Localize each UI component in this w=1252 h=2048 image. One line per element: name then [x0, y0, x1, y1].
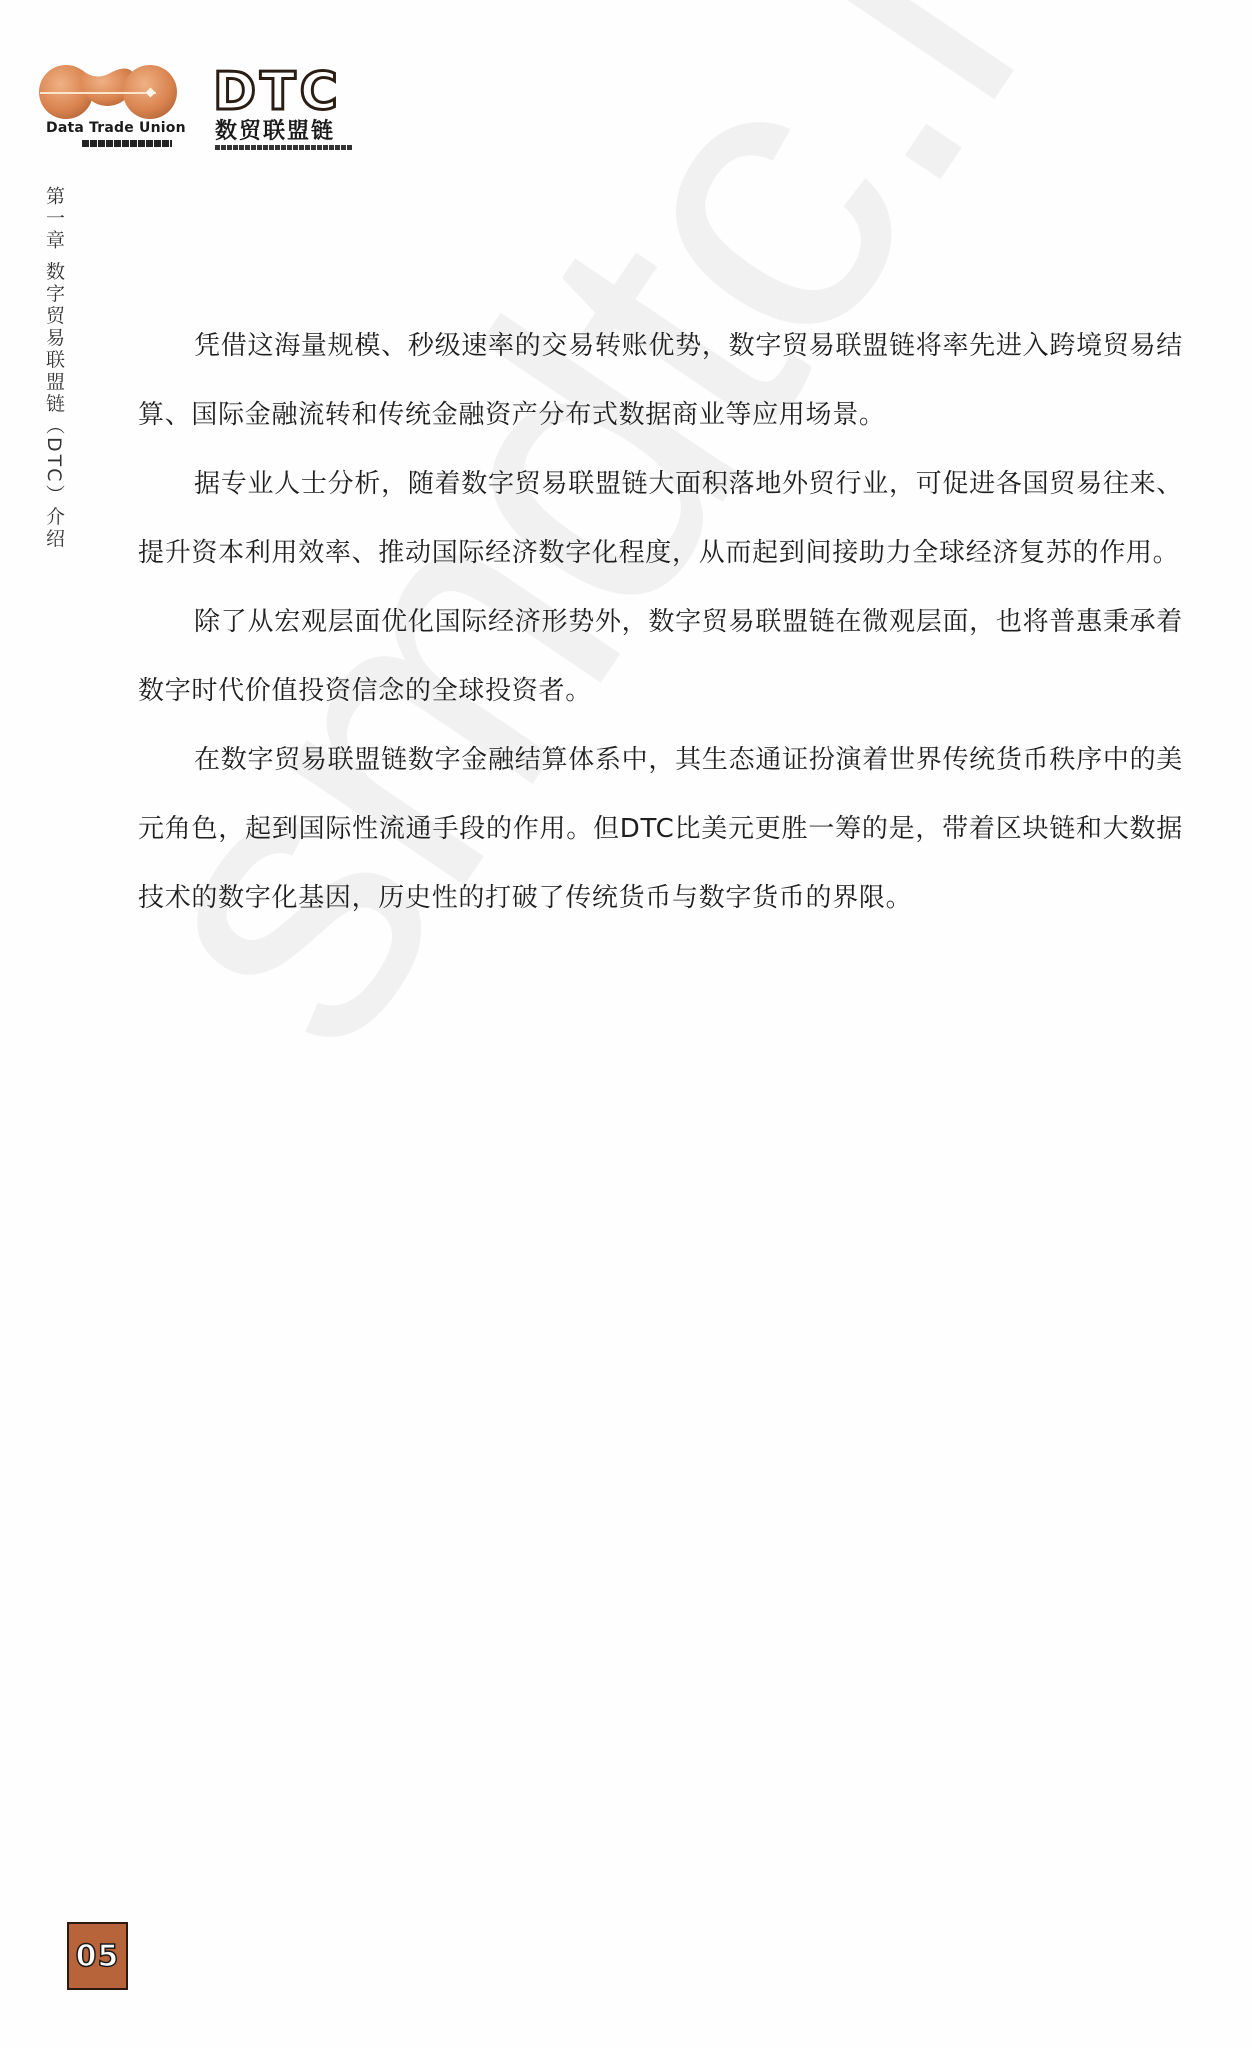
paragraph: 凭借这海量规模、秒级速率的交易转账优势，数字贸易联盟链将率先进入跨境贸易结算、国…	[138, 312, 1183, 450]
paragraph: 在数字贸易联盟链数字金融结算体系中，其生态通证扮演着世界传统货币秩序中的美元角色…	[138, 726, 1183, 933]
paragraph: 据专业人士分析，随着数字贸易联盟链大面积落地外贸行业，可促进各国贸易往来、提升资…	[138, 450, 1183, 588]
coins-logo-icon	[38, 60, 180, 120]
dtc-logo-subtitle	[215, 145, 353, 150]
dtc-logo-chinese-name: 数贸联盟链	[215, 114, 335, 145]
union-logo-name: Data Trade Union	[46, 120, 186, 136]
dtc-logo-letters: DTC	[213, 66, 342, 118]
page-number: 05	[76, 1939, 120, 1974]
data-trade-union-logo: Data Trade Union	[38, 60, 180, 152]
union-logo-subtitle	[82, 140, 172, 147]
page-number-badge: 05	[67, 1922, 128, 1990]
paragraph: 除了从宏观层面优化国际经济形势外，数字贸易联盟链在微观层面，也将普惠秉承着数字时…	[138, 588, 1183, 726]
dtc-logo: DTC 数贸联盟链	[213, 66, 358, 156]
chapter-side-title: 第一章 数字贸易联盟链（DTC）介绍	[42, 186, 66, 550]
document-body: 凭借这海量规模、秒级速率的交易转账优势，数字贸易联盟链将率先进入跨境贸易结算、国…	[138, 312, 1183, 933]
